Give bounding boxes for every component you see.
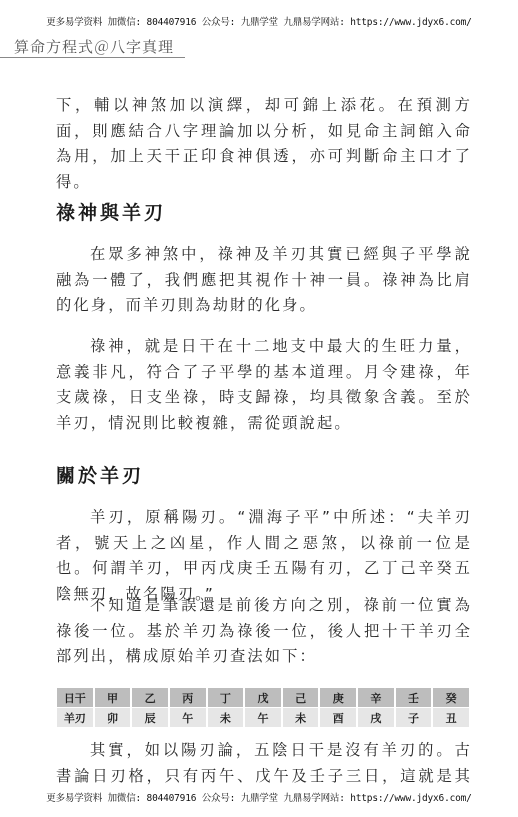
table-cell: 癸 — [433, 688, 469, 707]
table-cell: 戌 — [358, 708, 394, 727]
table-cell: 壬 — [396, 688, 432, 707]
running-title: 算命方程式＠八字真理 — [14, 36, 174, 57]
paragraph: 羊刃，原稱陽刃。“淵海子平”中所述：“夫羊刃者，號天上之凶星，作人間之惡煞，以祿… — [56, 505, 472, 607]
table-cell: 丑 — [433, 708, 469, 727]
table-cell: 辰 — [132, 708, 168, 727]
section-heading-lushen-yangren: 祿神與羊刃 — [56, 198, 166, 225]
table-cell: 乙 — [132, 688, 168, 707]
table-cell: 酉 — [320, 708, 356, 727]
table-cell: 丙 — [170, 688, 206, 707]
paragraph: 不知道是筆誤還是前後方向之別，祿前一位實為祿後一位。基於羊刃為祿後一位，後人把十… — [56, 593, 472, 670]
table-row-header: 日干 — [57, 688, 93, 707]
table-row-header: 羊刃 — [57, 708, 93, 727]
watermark-bottom: 更多易学资料 加微信: 804407916 公众号: 九鼎学堂 九鼎易学网站: … — [0, 790, 518, 804]
table-cell: 未 — [283, 708, 319, 727]
table-cell: 甲 — [95, 688, 131, 707]
table-cell: 午 — [170, 708, 206, 727]
intro-paragraph: 下，輔以神煞加以演繹，却可錦上添花。在預測方面，則應結合八字理論加以分析，如見命… — [56, 93, 472, 195]
table-row-stems: 日干 甲 乙 丙 丁 戊 己 庚 辛 壬 癸 — [57, 688, 469, 707]
table-row-yangren: 羊刃 卯 辰 午 未 午 未 酉 戌 子 丑 — [57, 708, 469, 727]
table-cell: 庚 — [320, 688, 356, 707]
paragraph: 在眾多神煞中，祿神及羊刃其實已經與子平學說融為一體了，我們應把其視作十神一員。祿… — [56, 242, 472, 319]
table-cell: 己 — [283, 688, 319, 707]
table-cell: 卯 — [95, 708, 131, 727]
watermark-top: 更多易学资料 加微信: 804407916 公众号: 九鼎学堂 九鼎易学网站: … — [0, 14, 518, 28]
header-rule — [0, 57, 185, 58]
paragraph: 祿神，就是日干在十二地支中最大的生旺力量，意義非凡，符合了子平學的基本道理。月令… — [56, 334, 472, 436]
table-cell: 辛 — [358, 688, 394, 707]
page-bottom-continuation: 其實，如以陽刃論，五陰日干是沒有羊刃的。古書論日刃格，只有丙午、戊午及壬子三日，… — [0, 738, 518, 790]
section-heading-about-yangren: 關於羊刃 — [56, 461, 144, 488]
yangren-lookup-table: 日干 甲 乙 丙 丁 戊 己 庚 辛 壬 癸 羊刃 卯 辰 午 未 午 未 酉 … — [55, 687, 471, 728]
paragraph: 其實，如以陽刃論，五陰日干是沒有羊刃的。古書論日刃格，只有丙午、戊午及壬子三日，… — [56, 738, 472, 790]
table-cell: 戊 — [245, 688, 281, 707]
table-cell: 午 — [245, 708, 281, 727]
table-cell: 子 — [396, 708, 432, 727]
table-cell: 丁 — [208, 688, 244, 707]
table-cell: 未 — [208, 708, 244, 727]
